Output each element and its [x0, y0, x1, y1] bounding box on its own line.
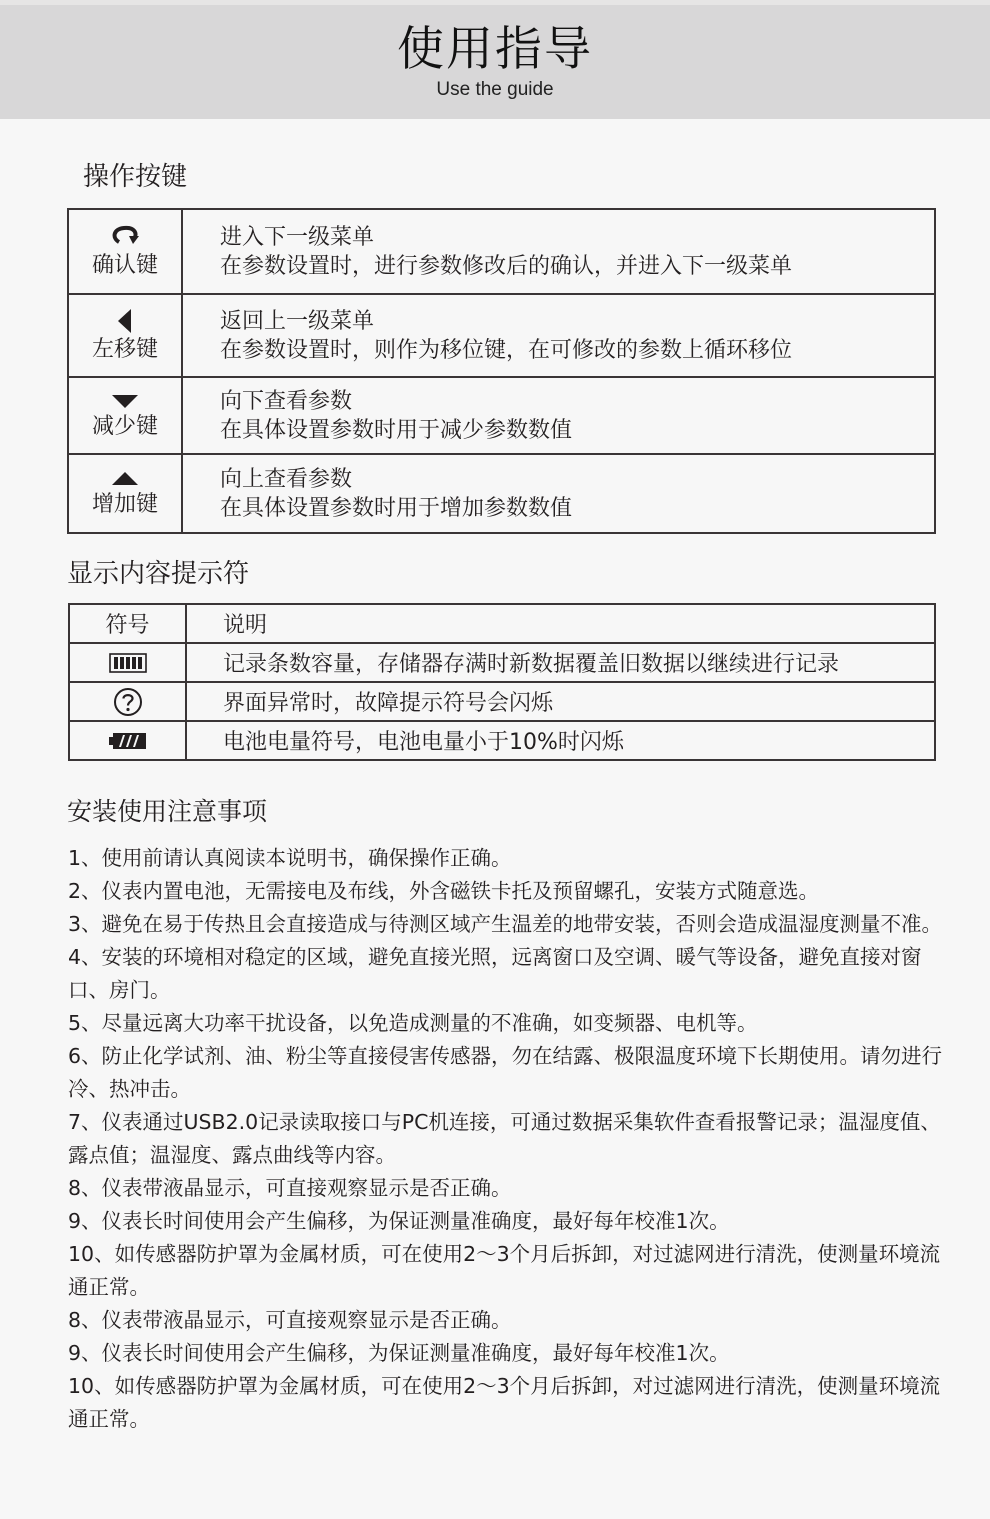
- key-cell: 左移键: [68, 294, 182, 377]
- key-label: 增加键: [69, 491, 181, 519]
- key-label: 左移键: [69, 336, 181, 364]
- page-header: 使用指导 Use the guide: [0, 5, 990, 119]
- symbol-row: 电池电量符号，电池电量小于10%时闪烁: [69, 721, 935, 760]
- symbols-section-title: 显示内容提示符: [67, 559, 249, 589]
- key-description-line2: 在具体设置参数时用于减少参数数值: [220, 416, 934, 445]
- triangle-up-icon: [69, 469, 181, 489]
- key-description-line2: 在参数设置时，则作为移位键，在可修改的参数上循环移位: [220, 336, 934, 365]
- note-item: 3、避免在易于传热且会直接造成与待测区域产生温差的地带安装，否则会造成温湿度测量…: [68, 908, 948, 941]
- symbol-cell: [69, 721, 186, 760]
- symbol-cell: [69, 643, 186, 682]
- key-description-line2: 在具体设置参数时用于增加参数数值: [220, 494, 934, 523]
- memory-capacity-icon: [109, 650, 147, 675]
- symbol-description: 电池电量符号，电池电量小于10%时闪烁: [186, 721, 935, 760]
- symbol-row: 界面异常时，故障提示符号会闪烁: [69, 682, 935, 721]
- symbol-description: 界面异常时，故障提示符号会闪烁: [186, 682, 935, 721]
- note-item: 6、防止化学试剂、油、粉尘等直接侵害传感器，勿在结露、极限温度环境下长期使用。请…: [68, 1040, 948, 1106]
- key-description-line1: 向上查看参数: [220, 465, 934, 494]
- key-description-line2: 在参数设置时，进行参数修改后的确认，并进入下一级菜单: [220, 252, 934, 281]
- page-title: 使用指导: [0, 23, 990, 77]
- note-item: 9、仪表长时间使用会产生偏移，为保证测量准确度，最好每年校准1次。: [68, 1205, 948, 1238]
- symbol-description: 记录条数容量，存储器存满时新数据覆盖旧数据以继续进行记录: [186, 643, 935, 682]
- key-row-up: 增加键 向上查看参数 在具体设置参数时用于增加参数数值: [68, 454, 935, 533]
- key-description: 返回上一级菜单 在参数设置时，则作为移位键，在可修改的参数上循环移位: [182, 294, 935, 377]
- key-row-down: 减少键 向下查看参数 在具体设置参数时用于减少参数数值: [68, 377, 935, 454]
- note-item: 7、仪表通过USB2.0记录读取接口与PC机连接，可通过数据采集软件查看报警记录…: [68, 1106, 948, 1172]
- symbol-header: 符号: [69, 604, 186, 643]
- description-header: 说明: [186, 604, 935, 643]
- key-row-left: 左移键 返回上一级菜单 在参数设置时，则作为移位键，在可修改的参数上循环移位: [68, 294, 935, 377]
- note-item: 4、安装的环境相对稳定的区域，避免直接光照，远离窗口及空调、暖气等设备，避免直接…: [68, 941, 948, 1007]
- note-item: 10、如传感器防护罩为金属材质，可在使用2～3个月后拆卸，对过滤网进行清洗，使测…: [68, 1238, 948, 1304]
- triangle-down-icon: [69, 391, 181, 411]
- question-circle-icon: [113, 689, 143, 714]
- keys-table: 确认键 进入下一级菜单 在参数设置时，进行参数修改后的确认，并进入下一级菜单 左…: [67, 208, 936, 534]
- key-description: 向下查看参数 在具体设置参数时用于减少参数数值: [182, 377, 935, 454]
- key-cell: 确认键: [68, 209, 182, 294]
- key-description-line1: 进入下一级菜单: [220, 223, 934, 252]
- enter-arrow-icon: [69, 224, 181, 250]
- key-row-confirm: 确认键 进入下一级菜单 在参数设置时，进行参数修改后的确认，并进入下一级菜单: [68, 209, 935, 294]
- key-label: 减少键: [69, 413, 181, 441]
- symbol-cell: [69, 682, 186, 721]
- key-label: 确认键: [69, 252, 181, 280]
- key-cell: 减少键: [68, 377, 182, 454]
- key-cell: 增加键: [68, 454, 182, 533]
- triangle-left-icon: [69, 308, 181, 334]
- page-subtitle: Use the guide: [0, 79, 990, 101]
- note-item: 9、仪表长时间使用会产生偏移，为保证测量准确度，最好每年校准1次。: [68, 1337, 948, 1370]
- key-description: 进入下一级菜单 在参数设置时，进行参数修改后的确认，并进入下一级菜单: [182, 209, 935, 294]
- key-description: 向上查看参数 在具体设置参数时用于增加参数数值: [182, 454, 935, 533]
- key-description-line1: 返回上一级菜单: [220, 307, 934, 336]
- battery-icon: [109, 728, 147, 753]
- symbol-row: 记录条数容量，存储器存满时新数据覆盖旧数据以继续进行记录: [69, 643, 935, 682]
- keys-section-title: 操作按键: [83, 162, 187, 192]
- note-item: 10、如传感器防护罩为金属材质，可在使用2～3个月后拆卸，对过滤网进行清洗，使测…: [68, 1370, 948, 1436]
- symbols-table: 符号 说明 记录条数容量，存储器存满时新数据覆盖旧数据以继续进行记录: [68, 603, 936, 761]
- note-item: 5、尽量远离大功率干扰设备，以免造成测量的不准确，如变频器、电机等。: [68, 1007, 948, 1040]
- key-description-line1: 向下查看参数: [220, 387, 934, 416]
- note-item: 1、使用前请认真阅读本说明书，确保操作正确。: [68, 842, 948, 875]
- notes-section-title: 安装使用注意事项: [67, 797, 267, 827]
- note-item: 2、仪表内置电池，无需接电及布线，外含磁铁卡托及预留螺孔，安装方式随意选。: [68, 875, 948, 908]
- note-item: 8、仪表带液晶显示，可直接观察显示是否正确。: [68, 1172, 948, 1205]
- notes-list: 1、使用前请认真阅读本说明书，确保操作正确。 2、仪表内置电池，无需接电及布线，…: [68, 842, 948, 1436]
- note-item: 8、仪表带液晶显示，可直接观察显示是否正确。: [68, 1304, 948, 1337]
- symbols-header-row: 符号 说明: [69, 604, 935, 643]
